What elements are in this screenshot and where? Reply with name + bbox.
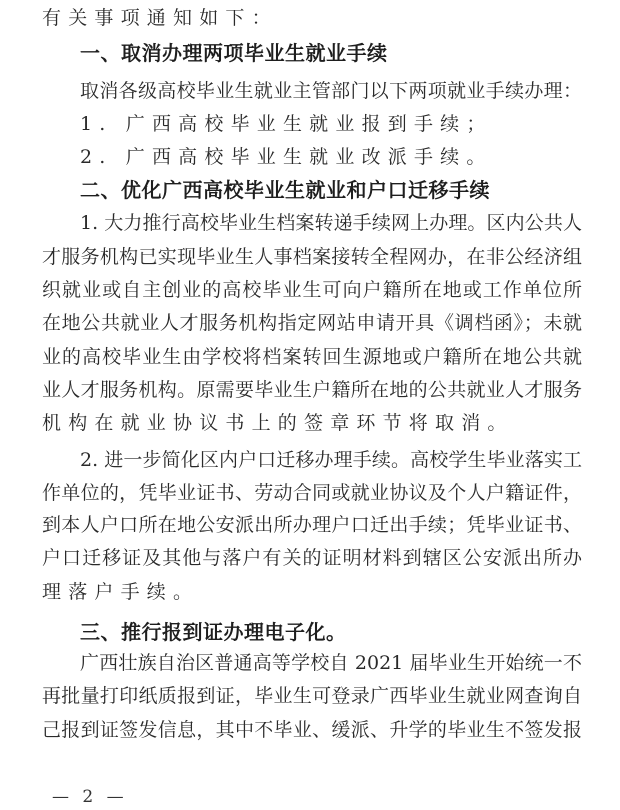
- paragraph-line: 户口迁移证及其他与落户有关的证明材料到辖区公安派出所办: [42, 545, 582, 571]
- paragraph-line: 织就业或自主创业的高校毕业生可向户籍所在地或工作单位所: [42, 277, 582, 303]
- paragraph-line: 取消各级高校毕业生就业主管部门以下两项就业手续办理：: [80, 78, 582, 104]
- paragraph-line: 1. 大力推行高校毕业生档案转递手续网上办理。区内公共人: [80, 210, 582, 236]
- paragraph-line: 到本人户口所在地公安派出所办理户口迁出手续；凭毕业证书、: [42, 512, 582, 538]
- document-page: 有关事项通知如下： 一、取消办理两项毕业生就业手续 取消各级高校毕业生就业主管部…: [0, 0, 620, 810]
- section-heading-3: 三、推行报到证办理电子化。: [80, 619, 582, 645]
- paragraph-line: 业的高校毕业生由学校将档案转回生源地或户籍所在地公共就: [42, 344, 582, 370]
- paragraph-line: 2. 进一步简化区内户口迁移办理手续。高校学生毕业落实工: [80, 447, 582, 473]
- paragraph-line: 在地公共就业人才服务机构指定网站申请开具《调档函》；未就: [42, 310, 582, 336]
- paragraph-line: 广西壮族自治区普通高等学校自 2021 届毕业生开始统一不: [80, 650, 582, 676]
- intro-line: 有关事项通知如下：: [42, 5, 582, 31]
- paragraph-line: 己报到证签发信息，其中不毕业、缓派、升学的毕业生不签发报: [42, 717, 582, 743]
- list-item-2: 2. 广西高校毕业生就业改派手续。: [80, 144, 582, 170]
- paragraph-line: 机构在就业协议书上的签章环节将取消。: [42, 410, 582, 436]
- paragraph-line: 再批量打印纸质报到证，毕业生可登录广西毕业生就业网查询自: [42, 683, 582, 709]
- list-item-1: 1. 广西高校毕业生就业报到手续；: [80, 111, 582, 137]
- paragraph-line: 作单位的，凭毕业证书、劳动合同或就业协议及个人户籍证件，: [42, 480, 582, 506]
- section-heading-1: 一、取消办理两项毕业生就业手续: [80, 40, 582, 66]
- paragraph-line: 才服务机构已实现毕业生人事档案接转全程网办，在非公经济组: [42, 244, 582, 270]
- section-heading-2: 二、优化广西高校毕业生就业和户口迁移手续: [80, 177, 582, 203]
- paragraph-line: 业人才服务机构。原需要毕业生户籍所在地的公共就业人才服务: [42, 377, 582, 403]
- paragraph-line: 理落户手续。: [42, 579, 582, 605]
- page-number: — 2 —: [52, 787, 128, 807]
